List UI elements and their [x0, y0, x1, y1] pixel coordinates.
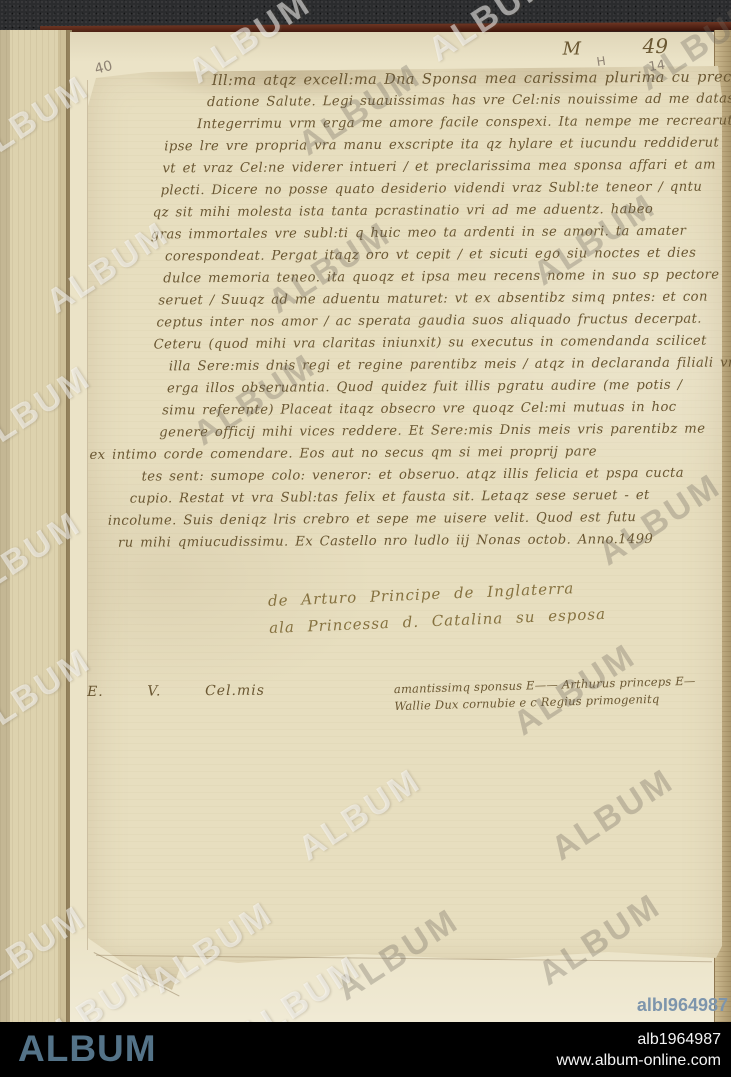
credit-info: alb1964987 www.album-online.com [556, 1029, 721, 1071]
manuscript-text-layer: M 49 40 H 14 Ill:ma atqz excell:ma Dna S… [0, 0, 731, 1077]
credit-bar: ALBUM alb1964987 www.album-online.com [0, 1022, 731, 1077]
closing-formula: E. V. Cel.mis [87, 683, 265, 700]
folio-number: 49 [642, 34, 668, 58]
docket-annotation: de Arturo Principe de Inglaterra ala Pri… [268, 570, 690, 642]
letter-line-22: ru mihi qmiucudissimu. Ex Castello nro l… [118, 531, 731, 557]
image-id-overlay: albI964987 [637, 995, 728, 1016]
stock-photo-manuscript-page: M 49 40 H 14 Ill:ma atqz excell:ma Dna S… [0, 0, 731, 1077]
letter-body: Ill:ma atqz excell:ma Dna Sponsa mea car… [0, 69, 731, 558]
credit-website: www.album-online.com [556, 1050, 721, 1071]
signature-block: amantissimq sponsus E—— Arthurus princep… [394, 672, 715, 715]
credit-image-id: alb1964987 [556, 1029, 721, 1050]
pencil-mark-center: H [596, 54, 607, 69]
album-logo: ALBUM [18, 1028, 157, 1070]
folio-series-letter: M [563, 38, 582, 59]
